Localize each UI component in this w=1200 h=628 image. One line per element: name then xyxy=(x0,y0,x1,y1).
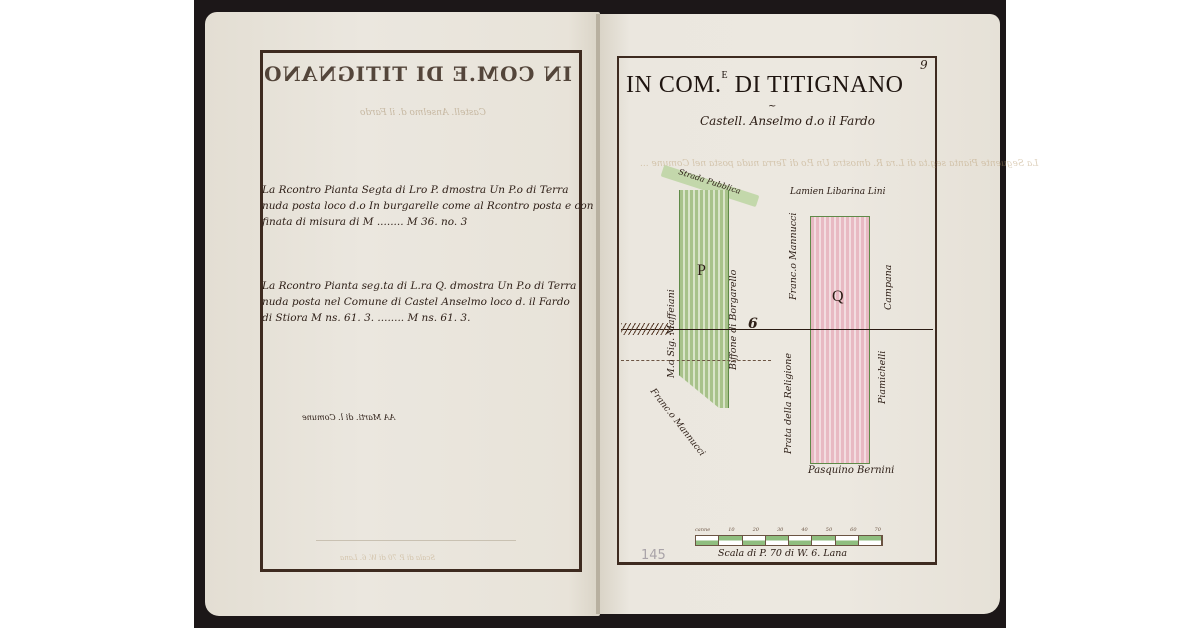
label-six: 6 xyxy=(748,316,758,332)
arrow-left-icon xyxy=(621,323,671,335)
scale-segment xyxy=(859,536,882,545)
label-maffei: M.o Sig. Maffeiani xyxy=(666,289,677,378)
page-number: 9 xyxy=(920,58,928,72)
scale-segment xyxy=(696,536,719,545)
scale-tick: 70 xyxy=(875,527,881,533)
label-lamiera: Lamien Libarina Lini xyxy=(790,184,885,200)
parcel-p-letter: P xyxy=(697,262,706,280)
scale-tick: canne xyxy=(695,527,710,533)
flourish-icon: ~ xyxy=(768,101,776,112)
scale-bar xyxy=(695,535,883,546)
page-title: IN COM.E DI TITIGNANO xyxy=(626,70,903,99)
bleed-through-title: IN COM.E DI TITIGNANO xyxy=(272,62,572,86)
scale-tick: 50 xyxy=(826,527,832,533)
label-piamichelli: Piamichelli xyxy=(877,351,888,404)
label-religione: Prata della Religione xyxy=(783,353,794,454)
scale-tick: 20 xyxy=(753,527,759,533)
entry-q-line-1: La Rcontro Pianta seg.ta di L.ra Q. dmos… xyxy=(262,278,576,294)
bleed-through-scale-label: Scala di P. 70 di W. 6. Lana xyxy=(340,550,435,566)
scale-segment xyxy=(766,536,789,545)
parcel-q-letter: Q xyxy=(832,288,844,306)
scale-segment xyxy=(812,536,835,545)
label-campana: Campana xyxy=(883,265,894,310)
entry-p-line-1: La Rcontro Pianta Segta di Lro P. dmostr… xyxy=(262,182,568,198)
scale-segment xyxy=(789,536,812,545)
entry-q-line-2: nuda posta nel Comune di Castel Anselmo … xyxy=(262,294,570,310)
parcel-p xyxy=(679,190,729,408)
page-subtitle: Castell. Anselmo d.o il Fardo xyxy=(700,114,875,128)
title-part: IN COM. xyxy=(626,72,722,98)
scale-segment xyxy=(836,536,859,545)
dashed-line xyxy=(621,360,771,361)
title-part-rest: DI TITIGNANO xyxy=(728,72,903,98)
right-page-frame xyxy=(617,56,937,565)
pencil-folio-number: 145 xyxy=(641,548,666,563)
bleed-through-subtitle: Castell. Anselmo d. il Fardo xyxy=(360,108,486,118)
scale-tick: 40 xyxy=(801,527,807,533)
label-burgarello: Biffone di Borgarello xyxy=(728,270,739,370)
label-mannucci-top: Franc.o Mannucci xyxy=(788,213,799,300)
book-gutter xyxy=(596,14,600,614)
label-pasquino: Pasquino Bernini xyxy=(808,463,894,479)
entry-q-line-3: di Stiora M ns. 61. 3. ........ M ns. 61… xyxy=(262,310,470,326)
scale-ticks: canne 10 20 30 40 50 60 70 xyxy=(695,527,881,533)
ghost-scale-bar xyxy=(316,540,516,541)
entry-p-line-2: nuda posta loco d.o In burgarelle come a… xyxy=(262,198,593,214)
scale-tick: 10 xyxy=(728,527,734,533)
scale-tick: 30 xyxy=(777,527,783,533)
parcel-q xyxy=(810,216,870,464)
bleed-through-note: AA Marti. di l. Comune xyxy=(302,410,395,426)
scale-tick: 60 xyxy=(850,527,856,533)
scale-segment xyxy=(743,536,766,545)
scale-label: Scala di P. 70 di W. 6. Lana xyxy=(718,548,847,559)
scale-segment xyxy=(719,536,742,545)
entry-p-line-3: finata di misura di M ........ M 36. no.… xyxy=(262,214,467,230)
